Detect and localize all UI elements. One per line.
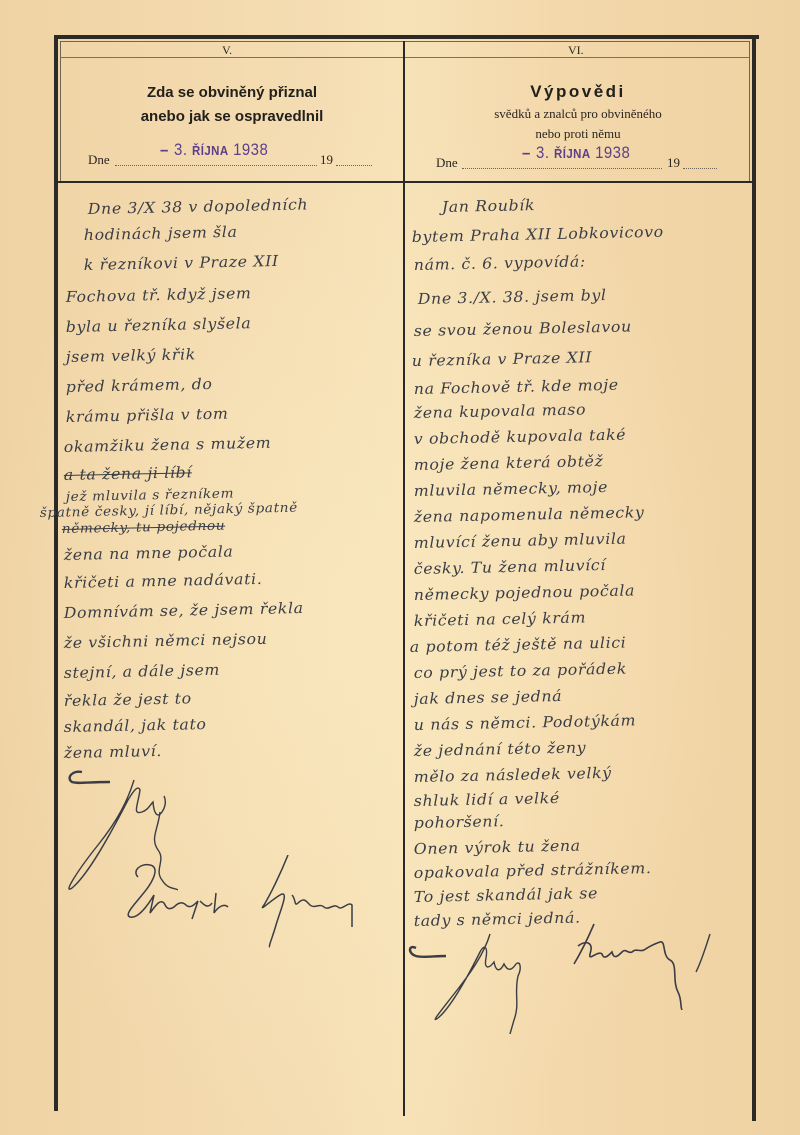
handwritten-line: byla u řezníka slyšela (66, 314, 252, 336)
handwritten-line: se svou ženou Boleslavou (414, 317, 632, 340)
date-label: Dne (436, 155, 458, 171)
handwritten-line: bytem Praha XII Lobkovicovo (412, 223, 664, 246)
handwritten-line: žena na mne počala (64, 542, 234, 564)
handwritten-line: krámu přišla v tom (66, 405, 229, 426)
handwritten-line: hodinách jsem šla (84, 223, 238, 244)
handwritten-line: stejní, a dále jsem (64, 661, 221, 682)
header-divider (56, 181, 754, 183)
year-label: 19 (667, 155, 680, 171)
year-dotted-line (683, 168, 717, 169)
form-inner-border-left (60, 41, 61, 182)
column-title: Výpovědi (406, 82, 750, 102)
handwritten-line: Domnívám se, že jsem řekla (64, 599, 304, 622)
numeral-row-divider (60, 57, 750, 58)
witness-signature (570, 920, 720, 1010)
handwritten-line: Dne 3./X. 38. jsem byl (418, 286, 607, 308)
year-dotted-line (336, 165, 372, 166)
handwritten-line: skandál, jak tato (64, 715, 207, 736)
handwritten-line: před krámem, do (66, 375, 213, 396)
handwritten-line: křičeti na celý krám (414, 608, 587, 630)
handwritten-line: nám. č. 6. vypovídá: (414, 252, 586, 274)
handwritten-line: křičeti a mne nadávati. (64, 570, 263, 592)
handwritten-line: opakovala před strážníkem. (414, 859, 652, 882)
handwritten-line: žena napomenula německy (414, 503, 645, 526)
handwritten-line: Onen výrok tu žena (414, 837, 581, 858)
handwritten-line: mluvila německy, moje (414, 478, 609, 500)
stamp-day: 3. (174, 140, 187, 159)
handwritten-line: žena kupovala maso (414, 400, 587, 422)
handwritten-line: To jest skandál jak se (414, 884, 598, 906)
handwritten-line: shluk lidí a velké (414, 789, 560, 810)
stamp-year: 1938 (595, 143, 630, 162)
handwritten-line: a potom též ještě na ulici (410, 633, 627, 656)
date-dotted-line (115, 165, 317, 166)
handwritten-line: moje žena která obtěž (414, 452, 604, 474)
column-title-line: anebo jak se ospravedlnil (62, 106, 402, 128)
handwritten-line: Jan Roubík (442, 196, 536, 216)
form-border-right (752, 36, 756, 1121)
handwritten-line: Fochova tř. když jsem (66, 284, 252, 306)
column-title-line: Zda se obviněný přiznal (62, 82, 402, 104)
column-subtitle-line: svědků a znalců pro obviněného (406, 106, 750, 122)
handwritten-line: okamžiku žena s mužem (64, 434, 272, 456)
date-stamp: –3. ŘÍJNA 1938 (160, 140, 268, 160)
handwritten-line: co prý jest to za pořádek (414, 660, 627, 682)
column-subtitle-line: nebo proti němu (406, 126, 750, 142)
handwritten-line: u řezníka v Praze XII (412, 348, 593, 370)
stamp-month: ŘÍJNA (554, 146, 591, 161)
handwritten-line: mluvící ženu aby mluvila (414, 530, 627, 552)
handwritten-line: jak dnes se jedná (414, 687, 563, 708)
witness-signature (120, 855, 380, 955)
handwritten-line: k řezníkovi v Praze XII (84, 252, 279, 274)
handwritten-line: u nás s němci. Podotýkám (414, 711, 637, 734)
stamp-year: 1938 (233, 140, 268, 159)
column-numeral: VI. (568, 43, 584, 58)
date-dotted-line (462, 168, 662, 169)
handwritten-line: pohoršení. (414, 812, 505, 832)
form-border-left (54, 36, 58, 1111)
column-numeral: V. (222, 43, 232, 58)
handwritten-line-struck: německy, tu pojednou (62, 519, 226, 537)
year-label: 19 (320, 152, 333, 168)
handwritten-line: řekla že jest to (64, 689, 192, 710)
handwritten-line: Dne 3/X 38 v dopoledních (88, 195, 309, 218)
handwritten-line: česky. Tu žena mluvící (414, 556, 607, 578)
stamp-month: ŘÍJNA (192, 143, 229, 158)
handwritten-line: v obchodě kupovala také (414, 426, 627, 448)
handwritten-line: mělo za následek velký (414, 764, 612, 786)
form-inner-border-top (60, 41, 750, 42)
handwritten-line: že jednání této ženy (414, 738, 587, 760)
handwritten-line: žena mluví. (64, 742, 163, 762)
date-label: Dne (88, 152, 110, 168)
stamp-day: 3. (536, 143, 549, 162)
official-initials-signature (404, 924, 544, 1034)
handwritten-line: na Fochově tř. kde moje (414, 376, 619, 398)
handwritten-line: jsem velký křik (66, 345, 196, 366)
handwritten-line: že všichni němci nejsou (64, 630, 268, 652)
handwritten-line: německy pojednou počala (414, 581, 636, 604)
date-stamp: –3. ŘÍJNA 1938 (522, 143, 630, 163)
handwritten-line-struck: a ta žena ji líbí (64, 463, 192, 484)
form-border-top (54, 35, 759, 39)
